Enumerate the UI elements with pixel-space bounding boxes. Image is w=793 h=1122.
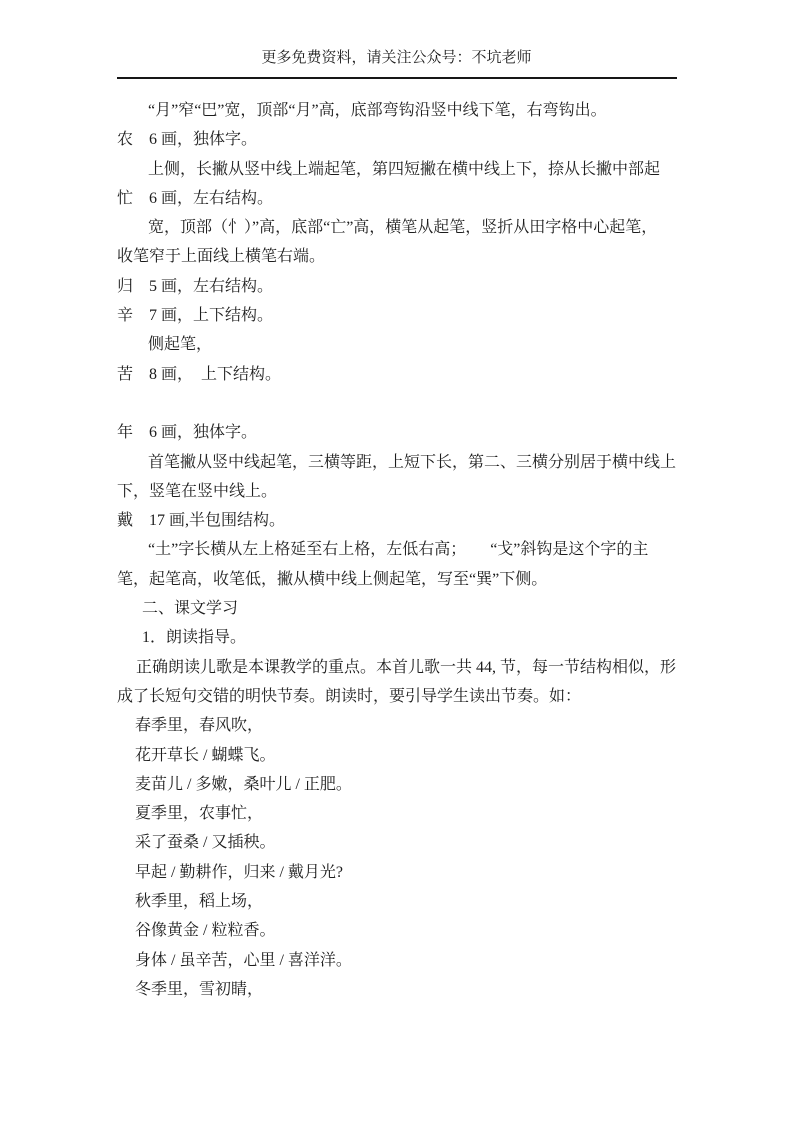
poem-line: 麦苗儿 / 多嫩，桑叶儿 / 正肥。 [117,770,677,799]
doc-line: 戴 17 画,半包围结构。 [117,506,677,535]
doc-line: 侧起笔， [117,330,677,359]
doc-line: “月”窄“巴”宽，顶部“月”高，底部弯钩沿竖中线下笔，右弯钩出。 [117,96,677,125]
poem-line: 花开草长 / 蝴蝶飞。 [117,741,677,770]
poem-line: 冬季里，雪初睛， [117,975,677,1004]
poem-line: 夏季里，农事忙， [117,799,677,828]
page-header: 更多免费资料，请关注公众号：不坑老师 [0,0,793,79]
document-page: 更多免费资料，请关注公众号：不坑老师 “月”窄“巴”宽，顶部“月”高，底部弯钩沿… [0,0,793,1122]
doc-line: 成了长短句交错的明快节奏。朗读时，要引导学生读出节奏。如： [117,682,677,711]
poem-line: 身体 / 虽辛苦，心里 / 喜洋洋。 [117,946,677,975]
doc-line: 归 5 画，左右结构。 [117,272,677,301]
doc-line: 苦 8 画， 上下结构。 [117,360,677,389]
doc-line: 辛 7 画，上下结构。 [117,301,677,330]
poem-line: 采了蚕桑 / 又插秧。 [117,828,677,857]
doc-line: 忙 6 画，左右结构。 [117,184,677,213]
doc-line [117,389,677,418]
doc-line: “土”字长横从左上格延至右上格，左低右高； “戈”斜钩是这个字的主 [117,535,677,564]
doc-line: 1．朗读指导。 [117,623,677,652]
poem-line: 春季里，春风吹， [117,711,677,740]
poem-line: 早起 / 勤耕作，归来 / 戴月光? [117,858,677,887]
poem-line: 谷像黄金 / 粒粒香。 [117,916,677,945]
doc-line: 正确朗读儿歌是本课教学的重点。本首儿歌一共 44, 节，每一节结构相似，形 [117,653,677,682]
doc-line: 上侧，长撇从竖中线上端起笔，第四短撇在横中线上下，捺从长撇中部起 [117,155,677,184]
doc-line: 农 6 画，独体字。 [117,125,677,154]
poem-line: 秋季里，稻上场， [117,887,677,916]
doc-line: 首笔撇从竖中线起笔，三横等距，上短下长，第二、三横分别居于横中线上 [117,448,677,477]
document-body: “月”窄“巴”宽，顶部“月”高，底部弯钩沿竖中线下笔，右弯钩出。农 6 画，独体… [117,96,677,1004]
doc-line: 宽，顶部（忄）”高，底部“亡”高，横笔从起笔，竖折从田字格中心起笔， [117,213,677,242]
doc-line: 二、课文学习 [117,594,677,623]
doc-line: 下，竖笔在竖中线上。 [117,477,677,506]
doc-line: 收笔窄于上面线上横笔右端。 [117,242,677,271]
header-note: 更多免费资料，请关注公众号：不坑老师 [117,46,677,79]
doc-line: 年 6 画，独体字。 [117,418,677,447]
doc-line: 笔，起笔高，收笔低，撇从横中线上侧起笔，写至“巽”下侧。 [117,565,677,594]
